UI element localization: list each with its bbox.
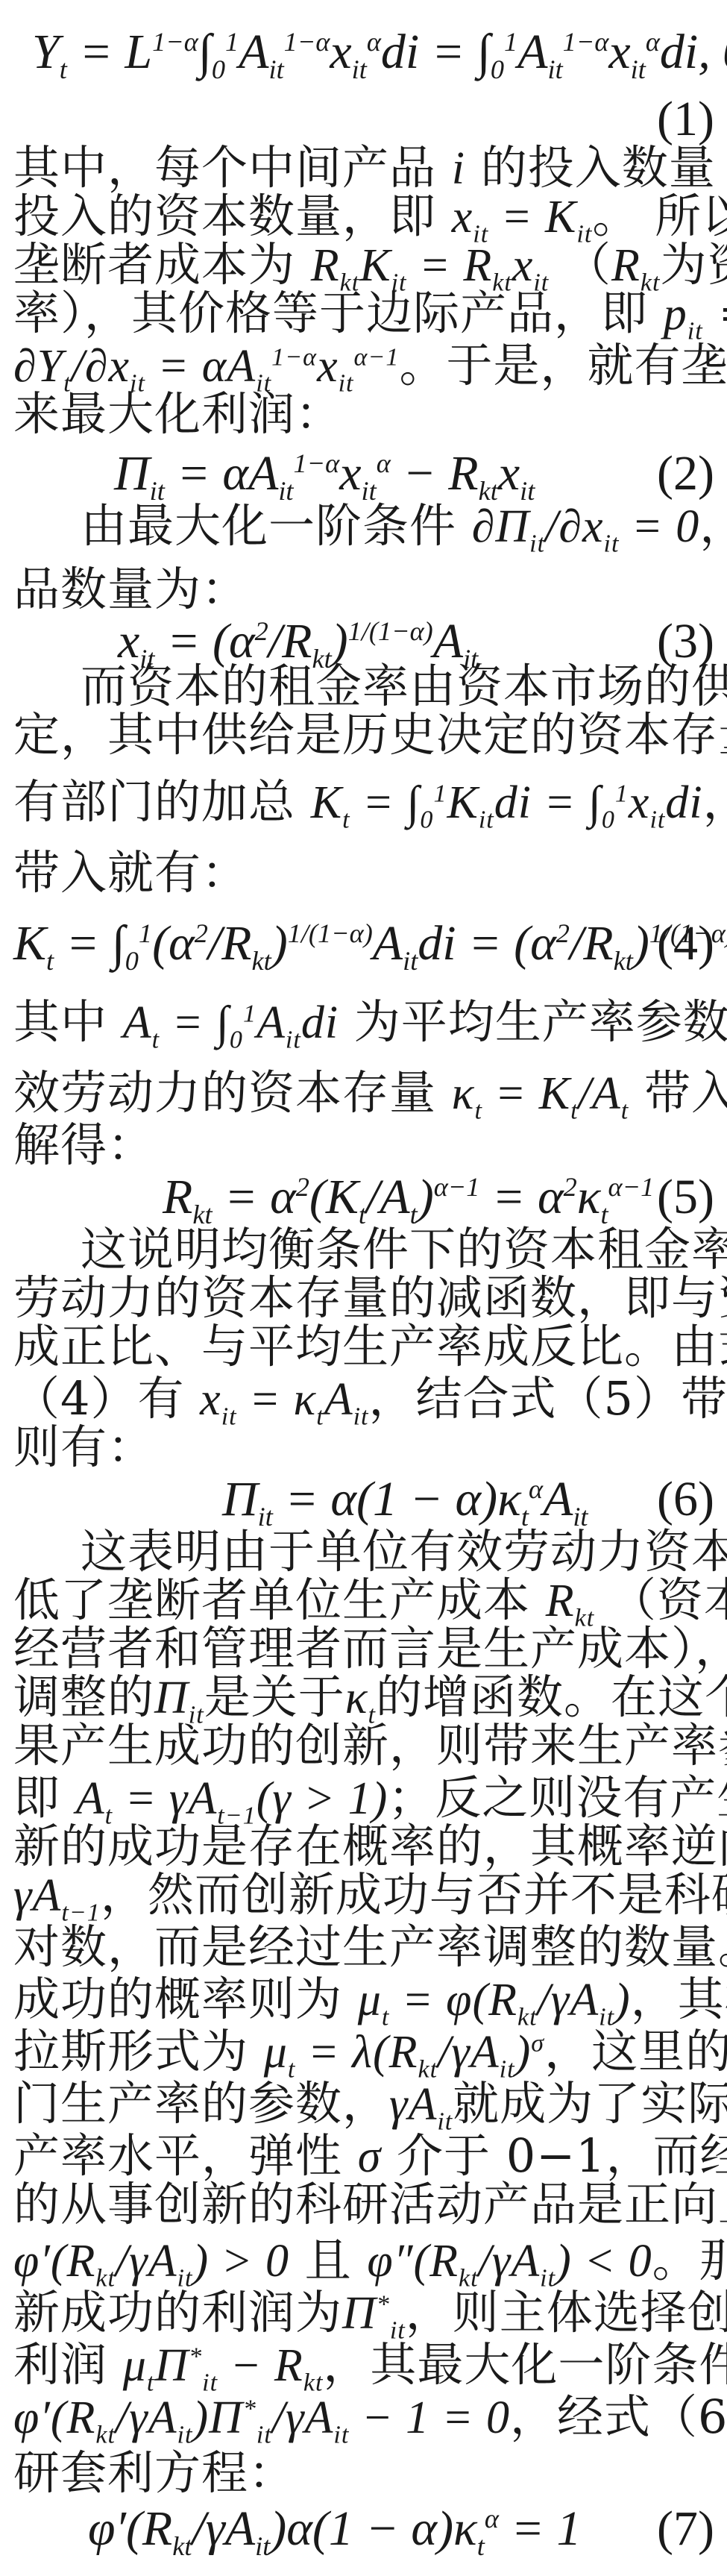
text-line: 成功的概率则为 μt = φ(Rkt/γAit)，其柯布－道格 [13, 1969, 714, 2030]
paper-page: Yt = L1−α∫01Ait1−αxitαdi = ∫01Ait1−αxitα… [0, 0, 727, 2576]
equation-number-7: (7) [657, 2484, 714, 2574]
text-line: 效劳动力的资本存量 κt = Kt/At 带入式（4）， [13, 1063, 714, 1124]
text-line: φ′(Rkt/γAit) > 0 且 φ″(Rkt/γAit) < 0。那么，设… [13, 2231, 714, 2291]
text-line: 新成功的利润为Π*it，则主体选择创新的最大化净 [13, 2283, 714, 2343]
equation-4: Kt = ∫01(α2/Rkt)1/(1−α)Aitdi = (α2/Rkt)1… [13, 899, 714, 988]
text-line: 由最大化一阶条件 ∂Πit/∂xit = 0，得到中间产 [81, 496, 714, 557]
text-line: γAt−1，然而创新成功与否并不是科研投入的绝 [13, 1865, 714, 1925]
text-line: 其中 At = ∫01Aitdi 为平均生产率参数。将单位有 [13, 992, 714, 1053]
text-line: 果产生成功的创新，则带来生产率参数的上升， [13, 1716, 714, 1776]
text-line: 对数，而是经过生产率调整的数量。因此，创新 [13, 1917, 714, 1977]
equation-number-4: (4) [657, 899, 714, 988]
text-line: 成正比、与平均生产率成反比。由式（3）、式 [13, 1317, 714, 1376]
text-line: 有部门的加总 Kt = ∫01Kitdi = ∫01xitdi，将式（3） [13, 772, 714, 833]
text-line: 门生产率的参数，γAit就成为了实际上的目标生 [13, 2074, 714, 2134]
text-line: 拉斯形式为 μt = λ(Rkt/γAit)σ，这里的 λ 是科研部 [13, 2022, 714, 2082]
text-line: 利润 μtΠ*it − Rkt，其最大化一阶条件则为 [13, 2335, 714, 2395]
text-line: 带入就有： [13, 843, 714, 903]
equation-7: φ′(Rkt/γAit)α(1 − α)κtα = 1 (7) [13, 2484, 714, 2574]
text-line: φ′(Rkt/γAit)Π*it/γAit − 1 = 0，经式（6）得到科 [13, 2387, 714, 2448]
text-line: 率），其价格等于边际产品，即 pit = [13, 283, 714, 344]
equation-1: Yt = L1−α∫01Ait1−αxitαdi = ∫01Ait1−αxitα… [13, 7, 714, 97]
text-line: 的从事创新的科研活动产品是正向且递减的，即 [13, 2175, 714, 2234]
text-line: 定，其中供给是历史决定的资本存量，需求即所 [13, 705, 714, 765]
